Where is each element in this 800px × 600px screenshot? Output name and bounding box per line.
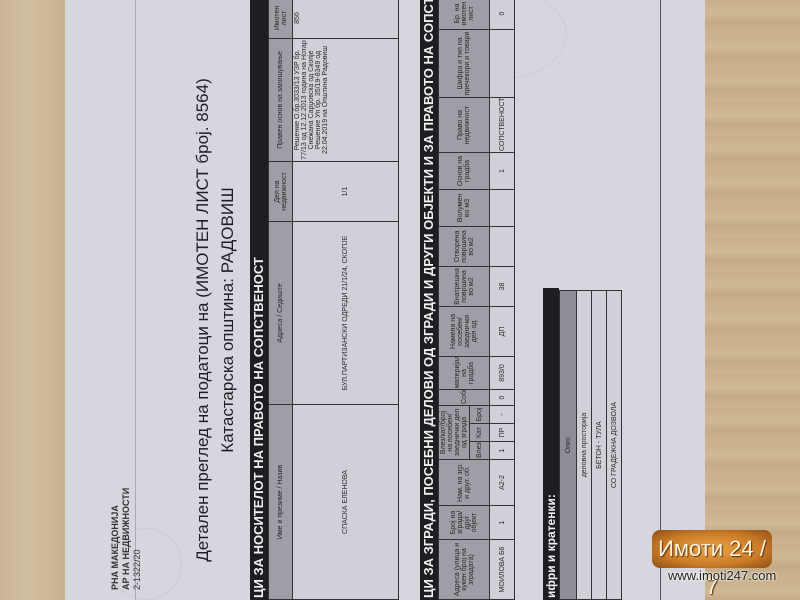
col-legal-basis: Правен основ на запишување	[269, 39, 293, 162]
bld-address: МОИЛОВА Б6	[490, 540, 515, 600]
col-unit-number: Број	[470, 406, 490, 424]
col-name: Име и презиме / Назив	[269, 405, 293, 600]
wood-table-background	[705, 0, 800, 600]
code-item: БЕТОН - ТУЛА	[592, 291, 607, 600]
fold-line	[135, 0, 136, 600]
bld-open-area	[490, 227, 515, 267]
document-page: РНА МАКЕДОНИЈА АР НА НЕДВИЖНОСТИ 2-1322/…	[65, 0, 705, 600]
owner-sheet: 856	[293, 0, 399, 39]
imoti247-logo: Имоти 24 / 7	[652, 530, 772, 568]
col-open-area: Отворена површина во м2	[439, 227, 490, 267]
codes-table: Опис деловна просторија БЕТОН - ТУЛА СО …	[559, 290, 622, 600]
stamp-number: 2-1322/20	[132, 549, 143, 590]
owner-share: 1/1	[293, 162, 399, 222]
owner-address: БУЛ.ПАРТИЗАНСКИ ОДРЕДИ 21/1/24, СКОПЈЕ	[293, 222, 399, 405]
col-restriction: Шифра и тип на пречекори и товари	[439, 30, 490, 98]
bld-floor: ПР	[490, 424, 515, 442]
section-codes-heading: ифри и кратенки:	[543, 288, 559, 600]
col-inner-area: Внатрешна површина во м2	[439, 267, 490, 307]
bld-number: 1	[490, 506, 515, 540]
bld-restriction	[490, 30, 515, 98]
col-bld-address: Адреса (улица и куќен број на зградата)	[439, 540, 490, 600]
owner-legal-basis: Решение О.бр.3033/13 УЗР бр. 77/13 од 12…	[293, 39, 399, 162]
col-volume: Волумен во м3	[439, 190, 490, 227]
bld-entrance: 1	[490, 442, 515, 460]
col-basis: Основ на градба	[439, 153, 490, 190]
col-material: материјал на градба	[439, 357, 490, 390]
bld-unit-number: -	[490, 406, 515, 424]
col-description: Опис	[560, 291, 577, 600]
col-entrance: Влез	[470, 442, 490, 460]
col-bld-purpose-code: Нам. на згр. и друг. об.	[439, 460, 490, 506]
bld-material: 893/0	[490, 357, 515, 390]
bld-inner-area: 38	[490, 267, 515, 307]
table-row: МОИЛОВА Б6 1 А2-2 1 ПР - 0 893/0 ДП 38 1…	[490, 0, 515, 600]
col-sheet-no: Бр. на имотен лист	[439, 0, 490, 30]
col-purpose: Намена на посебен/ заеднички дел од	[439, 307, 490, 357]
bld-purpose-code: А2-2	[490, 460, 515, 506]
cadastral-municipality: Катастарска општина: РАДОВИШ	[218, 40, 238, 600]
bld-volume	[490, 190, 515, 227]
col-address: Адреса / Седиште	[269, 222, 293, 405]
owner-table: Име и презиме / Назив Адреса / Седиште Д…	[268, 0, 399, 600]
bld-right: СОПСТВЕНОСТ	[490, 98, 515, 153]
list-item: деловна просторија	[577, 291, 592, 600]
imoti247-url: www.imoti247.com	[668, 568, 776, 583]
col-bld-number: Број на зграда/друг објект	[439, 506, 490, 540]
col-right: Право на недвижност	[439, 98, 490, 153]
list-item: БЕТОН - ТУЛА	[592, 291, 607, 600]
code-item: деловна просторија	[577, 291, 592, 600]
bld-sheet: 0	[490, 0, 515, 30]
list-item: СО ГРАДЕЖНА ДОЗВОЛА	[607, 291, 622, 600]
section-owner-heading: ЦИ ЗА НОСИТЕЛОТ НА ПРАВОТО НА СОПСТВЕНОС…	[250, 0, 268, 600]
document-title: Детален преглед на податоци на (ИМОТЕН Л…	[193, 40, 213, 600]
stamp-line1: РНА МАКЕДОНИЈА	[110, 505, 121, 590]
bld-other: 0	[490, 390, 515, 406]
code-item: СО ГРАДЕЖНА ДОЗВОЛА	[607, 291, 622, 600]
col-other: Собност	[439, 390, 490, 406]
col-sheet: Имотен лист	[269, 0, 293, 39]
table-row: СПАСКА ЕЛЕНОВА БУЛ.ПАРТИЗАНСКИ ОДРЕДИ 21…	[293, 0, 399, 600]
bld-basis: 1	[490, 153, 515, 190]
stamp-line2: АР НА НЕДВИЖНОСТИ	[121, 488, 132, 590]
owner-name: СПАСКА ЕЛЕНОВА	[293, 405, 399, 600]
col-floor: Кат	[470, 424, 490, 442]
bld-purpose: ДП	[490, 307, 515, 357]
section-buildings-heading: ЦИ ЗА ЗГРАДИ, ПОСЕБНИ ДЕЛОВИ ОД ЗГРАДИ И…	[420, 0, 438, 600]
col-entrance-group: Влез/кат/број на посебен/заеднички дел о…	[439, 406, 470, 460]
col-share: Дел на недвижност	[269, 162, 293, 222]
buildings-table: Адреса (улица и куќен број на зградата) …	[438, 0, 515, 600]
